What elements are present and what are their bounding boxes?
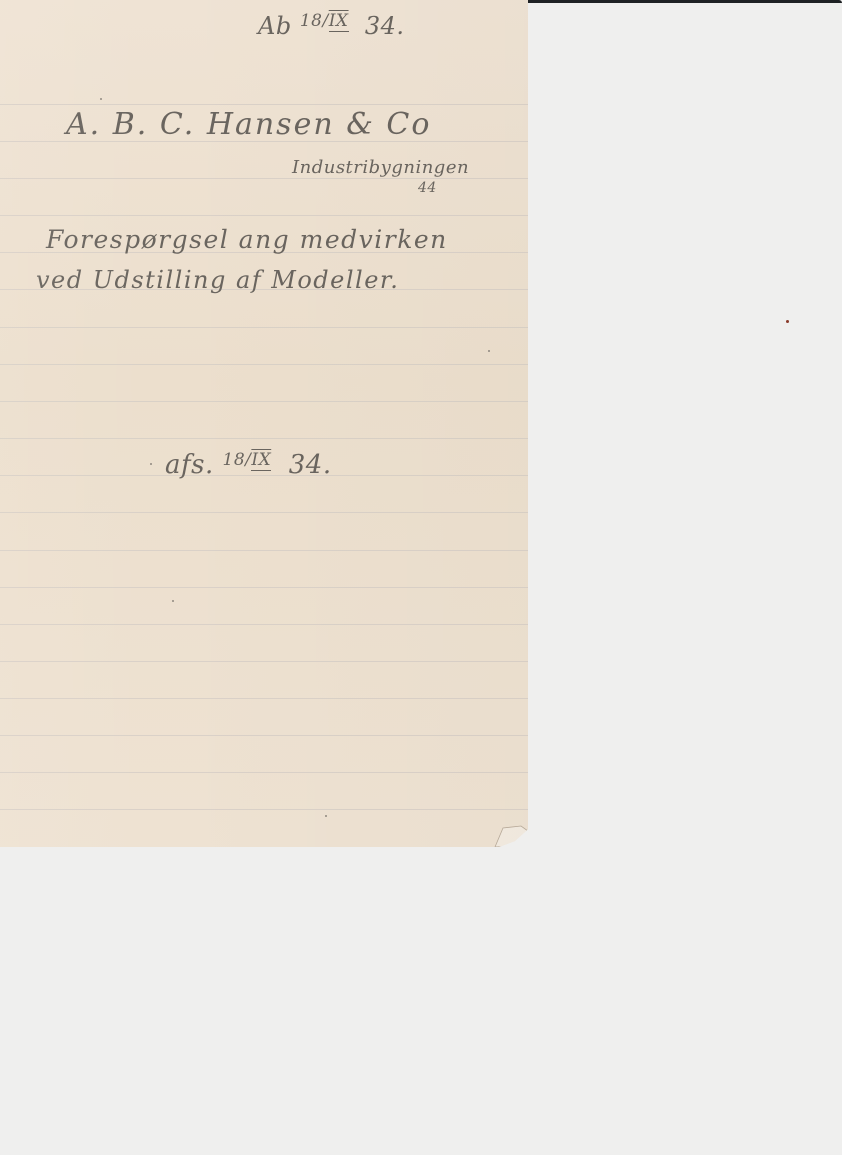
ruled-line bbox=[0, 178, 528, 179]
ruled-line bbox=[0, 512, 528, 513]
ruled-line bbox=[0, 364, 528, 365]
sent-date-annotation: afs. 18/IX 34. bbox=[165, 450, 332, 480]
ruled-line bbox=[0, 698, 528, 699]
ruled-line bbox=[0, 772, 528, 773]
header-month-roman: IX bbox=[329, 11, 349, 32]
sent-day: 18/IX bbox=[223, 450, 272, 470]
ruled-line bbox=[0, 587, 528, 588]
subject-line-1: Forespørgsel ang medvirken bbox=[46, 225, 448, 254]
ruled-line bbox=[0, 550, 528, 551]
paper-speck bbox=[325, 815, 327, 817]
recipient-address-number: 44 bbox=[418, 180, 437, 196]
ruled-line bbox=[0, 661, 528, 662]
scan-speck bbox=[786, 320, 789, 323]
ruled-line bbox=[0, 624, 528, 625]
subject-line-2: ved Udstilling af Modeller. bbox=[36, 266, 399, 294]
sent-prefix: afs. bbox=[165, 450, 214, 480]
ruled-line bbox=[0, 809, 528, 810]
ruled-line bbox=[0, 401, 528, 402]
header-day: 18/IX bbox=[300, 11, 349, 31]
scanner-lid-edge bbox=[527, 0, 842, 3]
paper-speck bbox=[100, 98, 102, 100]
ruled-paper-sheet: Ab 18/IX 34. A. B. C. Hansen & Co Indust… bbox=[0, 0, 528, 847]
header-year: 34. bbox=[365, 12, 405, 40]
ruled-line bbox=[0, 104, 528, 105]
recipient-name: A. B. C. Hansen & Co bbox=[66, 107, 431, 142]
paper-speck bbox=[488, 350, 490, 352]
sent-year: 34. bbox=[289, 450, 332, 480]
ruled-line bbox=[0, 438, 528, 439]
paper-speck bbox=[150, 463, 152, 465]
ruled-line bbox=[0, 215, 528, 216]
header-date-annotation: Ab 18/IX 34. bbox=[258, 12, 404, 40]
ruled-line bbox=[0, 327, 528, 328]
recipient-address: Industribygningen bbox=[292, 157, 469, 178]
sent-month-roman: IX bbox=[251, 450, 271, 471]
paper-speck bbox=[172, 600, 174, 602]
folded-corner-icon bbox=[493, 824, 529, 848]
ruled-line bbox=[0, 735, 528, 736]
header-prefix: Ab bbox=[258, 12, 292, 40]
